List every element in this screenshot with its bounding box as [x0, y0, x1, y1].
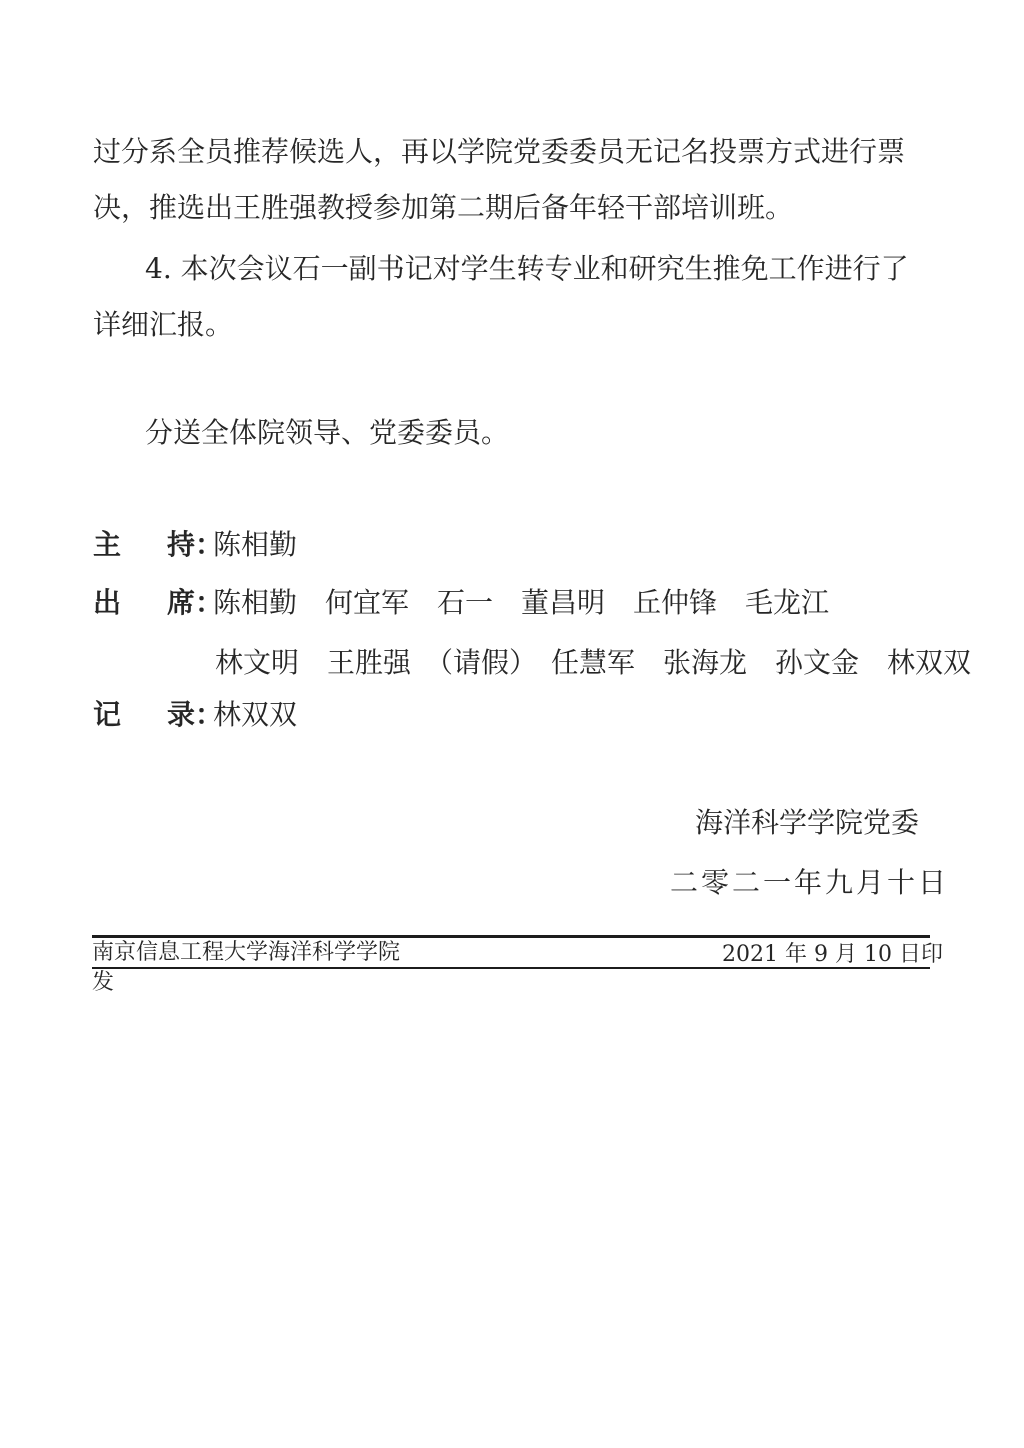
footer-issuer: 南京信息工程大学海洋科学学院	[92, 941, 400, 965]
footer-bottom-rule	[92, 967, 930, 969]
document-page: 过分系全员推荐候选人，再以学院党委委员无记名投票方式进行票 决，推选出王胜强教授…	[0, 0, 1024, 1448]
body-paragraph-line: 过分系全员推荐候选人，再以学院党委委员无记名投票方式进行票	[93, 137, 905, 168]
body-paragraph-line: 4. 本次会议石一副书记对学生转专业和研究生推免工作进行了	[145, 254, 909, 285]
host-label: 主持：	[93, 530, 223, 561]
distribution-note: 分送全体院领导、党委委员。	[145, 418, 509, 449]
host-label-first-char: 主	[93, 530, 167, 561]
footer-top-rule	[92, 935, 930, 938]
footer-print-date: 2021 年 9 月 10 日印	[722, 943, 943, 967]
signature-org: 海洋科学学院党委	[695, 808, 919, 839]
signature-date: 二零二一年九月十日	[670, 868, 949, 899]
attendance-label-first-char: 出	[93, 588, 167, 619]
body-paragraph-line: 决，推选出王胜强教授参加第二期后备年轻干部培训班。	[93, 193, 793, 224]
recorder-label-first-char: 记	[93, 700, 167, 731]
attendees-row-1: 陈相勤 何宜军 石一 董昌明 丘仲锋 毛龙江	[213, 588, 829, 619]
recorder-name: 林双双	[213, 700, 297, 731]
recorder-label: 记录：	[93, 700, 223, 731]
attendees-row-2: 林文明 王胜强 （请假） 任慧军 张海龙 孙文金 林双双	[215, 648, 971, 679]
footer-wrap-char: 发	[92, 971, 114, 995]
attendance-label: 出席：	[93, 588, 223, 619]
host-name: 陈相勤	[213, 530, 297, 561]
body-paragraph-line: 详细汇报。	[93, 310, 233, 341]
